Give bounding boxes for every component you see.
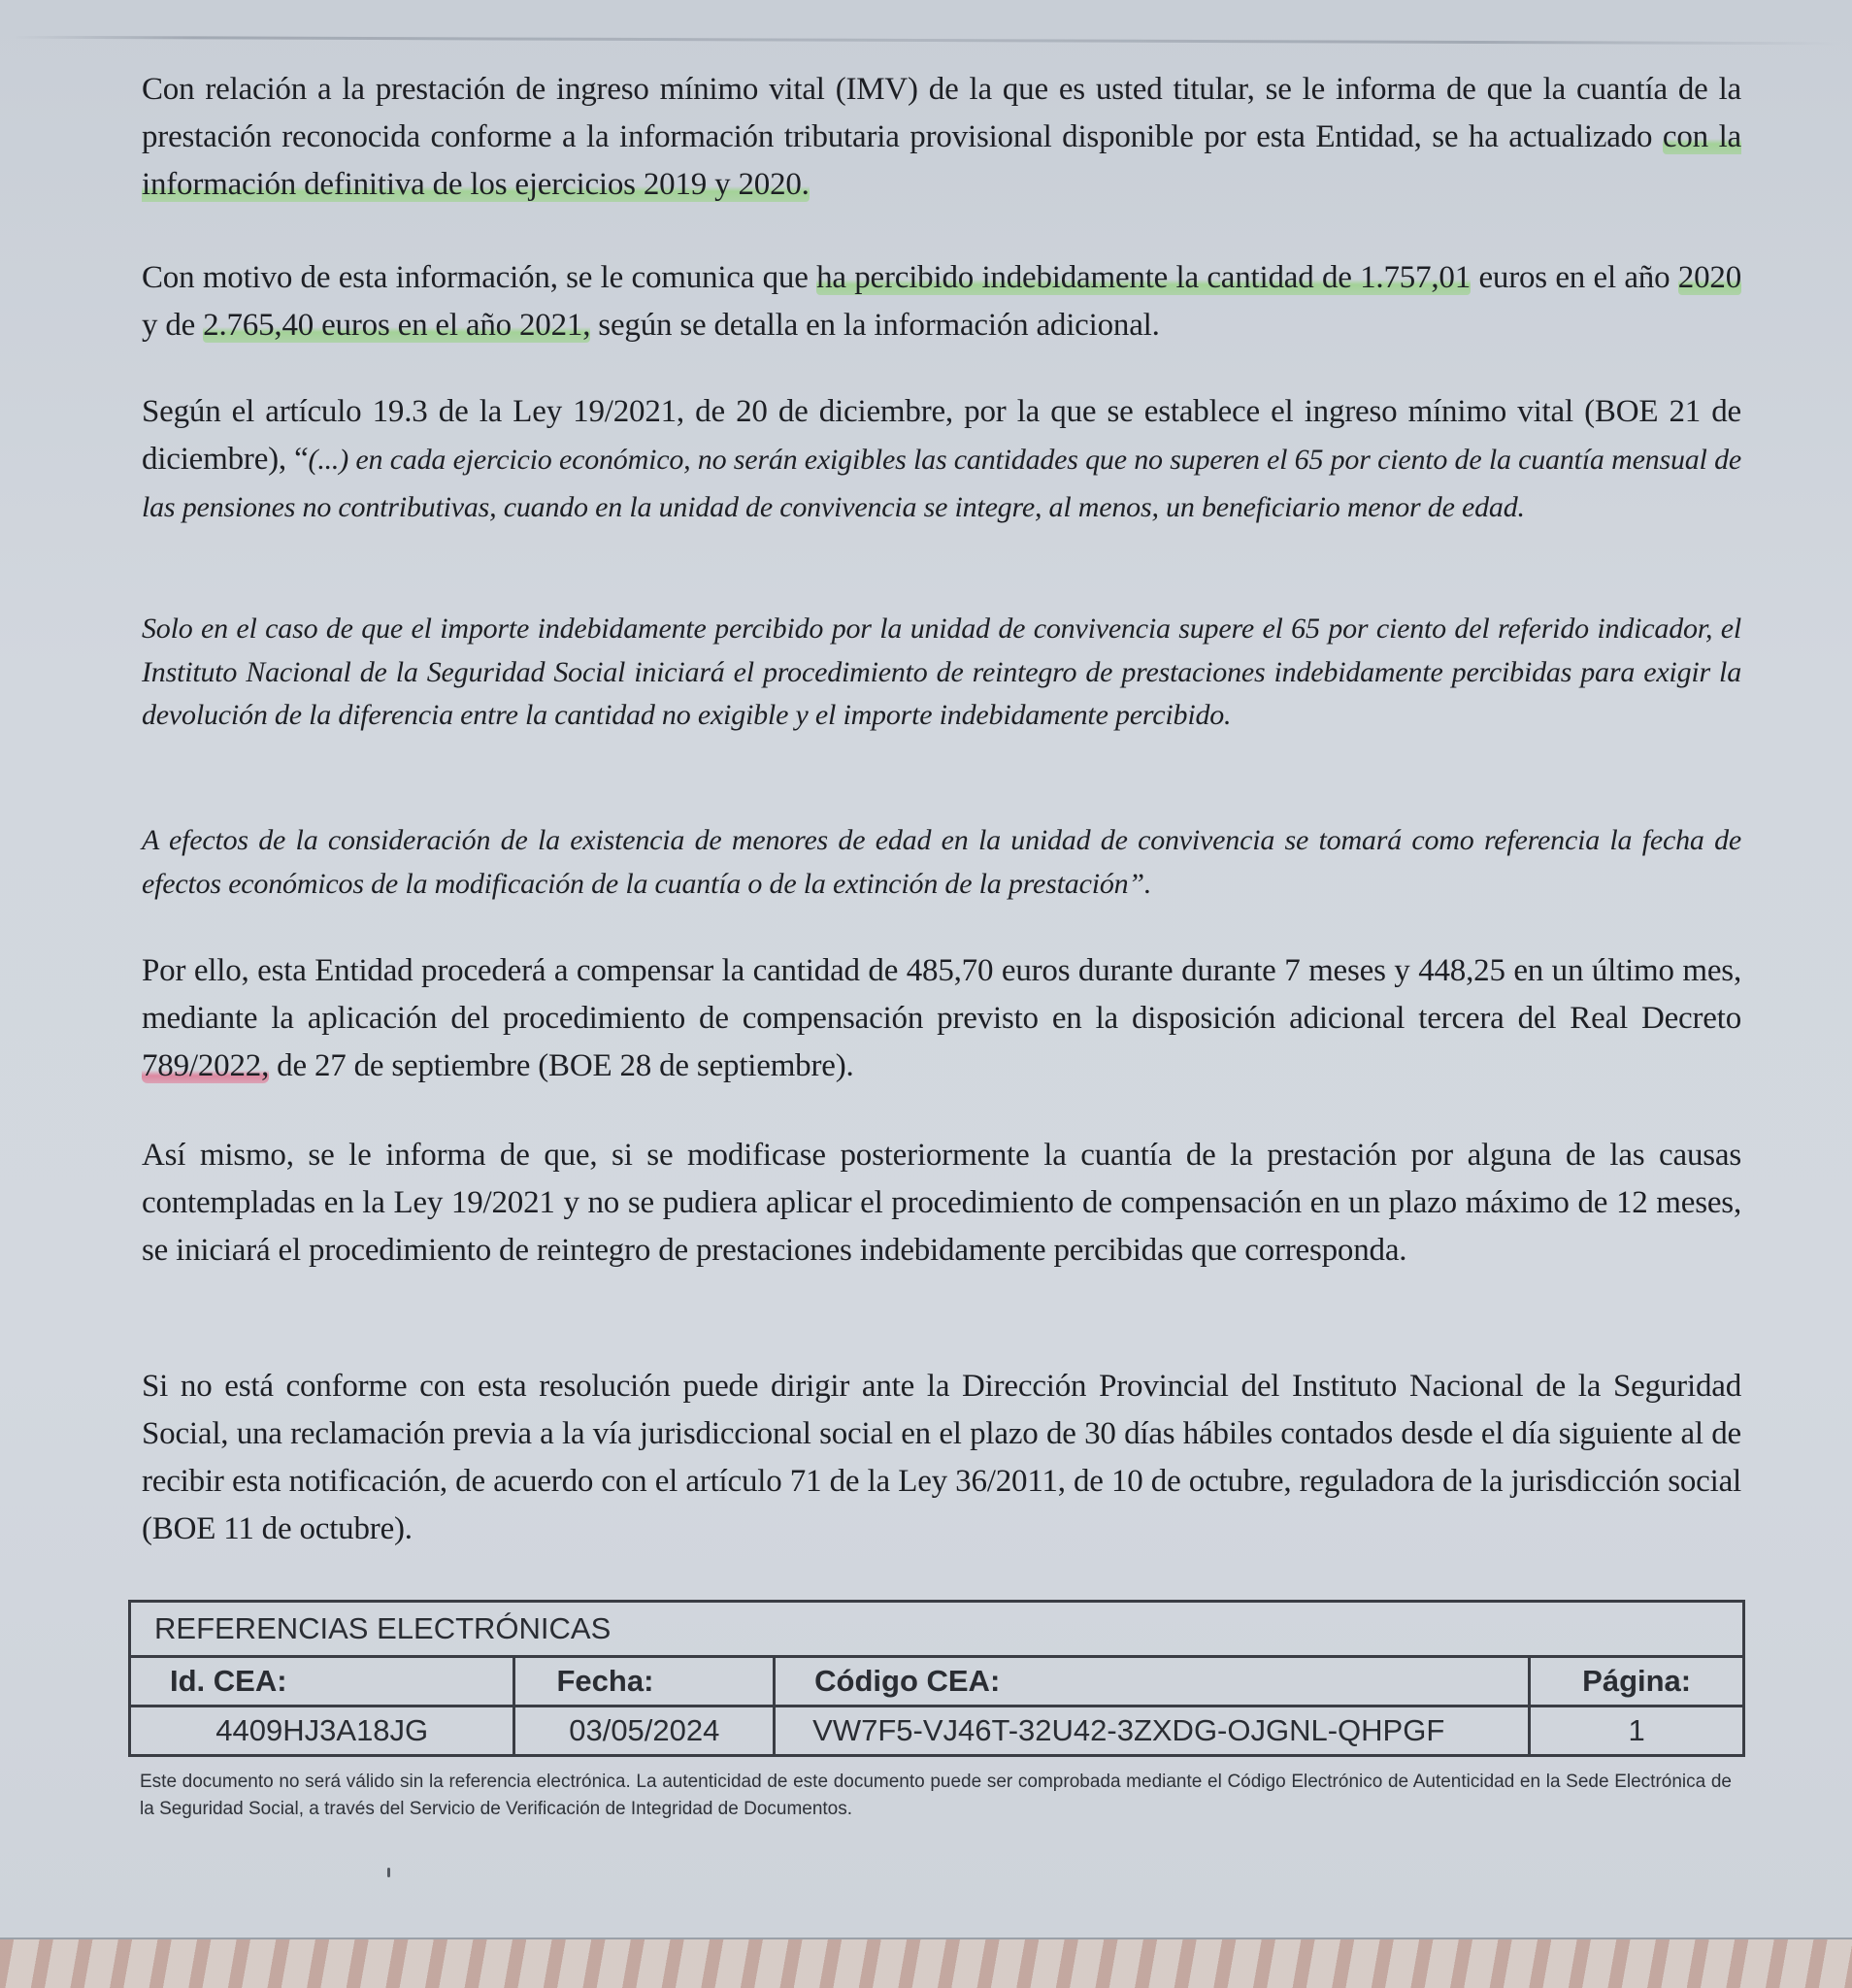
paragraph-compensation: Por ello, esta Entidad procederá a compe…: [142, 947, 1741, 1090]
paper-fold-line: [10, 36, 1842, 46]
paragraph-quoted-minors: A efectos de la consideración de la exis…: [142, 819, 1741, 906]
header-id-cea: Id. CEA:: [130, 1657, 514, 1706]
paragraph-undue-amounts: Con motivo de esta información, se le co…: [142, 254, 1741, 349]
id-cea-value: 4409HJ3A18JG: [130, 1706, 514, 1756]
green-highlight: 2.765,40 euros en el año 2021,: [203, 308, 590, 343]
paragraph-text: de 27 de septiembre (BOE 28 de septiembr…: [269, 1048, 853, 1083]
codigo-cea-value: VW7F5-VJ46T-32U42-3ZXDG-OJGNL-QHPGF: [775, 1706, 1530, 1756]
paragraph-text: euros en el año: [1471, 260, 1678, 295]
references-table-title: REFERENCIAS ELECTRÓNICAS: [130, 1602, 1744, 1657]
paragraph-quoted-reintegro: Solo en el caso de que el importe indebi…: [142, 608, 1741, 738]
fecha-value: 03/05/2024: [514, 1706, 775, 1756]
paragraph-imv-update: Con relación a la prestación de ingreso …: [142, 66, 1741, 209]
fabric-background: [0, 1938, 1852, 1988]
green-highlight: 2020: [1678, 260, 1741, 295]
header-fecha: Fecha:: [514, 1657, 775, 1706]
paragraph-text: según se detalla en la información adici…: [590, 308, 1159, 343]
authenticity-footnote: Este documento no será válido sin la ref…: [140, 1769, 1732, 1823]
paragraph-text: Con motivo de esta información, se le co…: [142, 260, 816, 295]
table-header-row: Id. CEA: Fecha: Código CEA: Página:: [130, 1657, 1744, 1706]
paper-speck: [387, 1868, 390, 1877]
header-pagina: Página:: [1530, 1657, 1744, 1706]
table-row: 4409HJ3A18JG 03/05/2024 VW7F5-VJ46T-32U4…: [130, 1706, 1744, 1756]
paragraph-modification-notice: Así mismo, se le informa de que, si se m…: [142, 1132, 1741, 1275]
pink-highlight: 789/2022,: [142, 1048, 269, 1083]
quoted-law-text: (...) en cada ejercicio económico, no se…: [142, 444, 1741, 523]
electronic-references-table: REFERENCIAS ELECTRÓNICAS Id. CEA: Fecha:…: [128, 1600, 1745, 1757]
paragraph-text: Con relación a la prestación de ingreso …: [142, 72, 1741, 154]
paragraph-appeal-rights: Si no está conforme con esta resolución …: [142, 1363, 1741, 1553]
header-codigo-cea: Código CEA:: [775, 1657, 1530, 1706]
green-highlight: ha percibido indebidamente la cantidad d…: [816, 260, 1471, 295]
paragraph-text: y de: [142, 308, 203, 343]
paper-sheet: Con relación a la prestación de ingreso …: [0, 0, 1852, 1939]
paragraph-law-citation: Según el artículo 19.3 de la Ley 19/2021…: [142, 388, 1741, 531]
pagina-value: 1: [1530, 1706, 1744, 1756]
paragraph-text: Por ello, esta Entidad procederá a compe…: [142, 953, 1741, 1036]
